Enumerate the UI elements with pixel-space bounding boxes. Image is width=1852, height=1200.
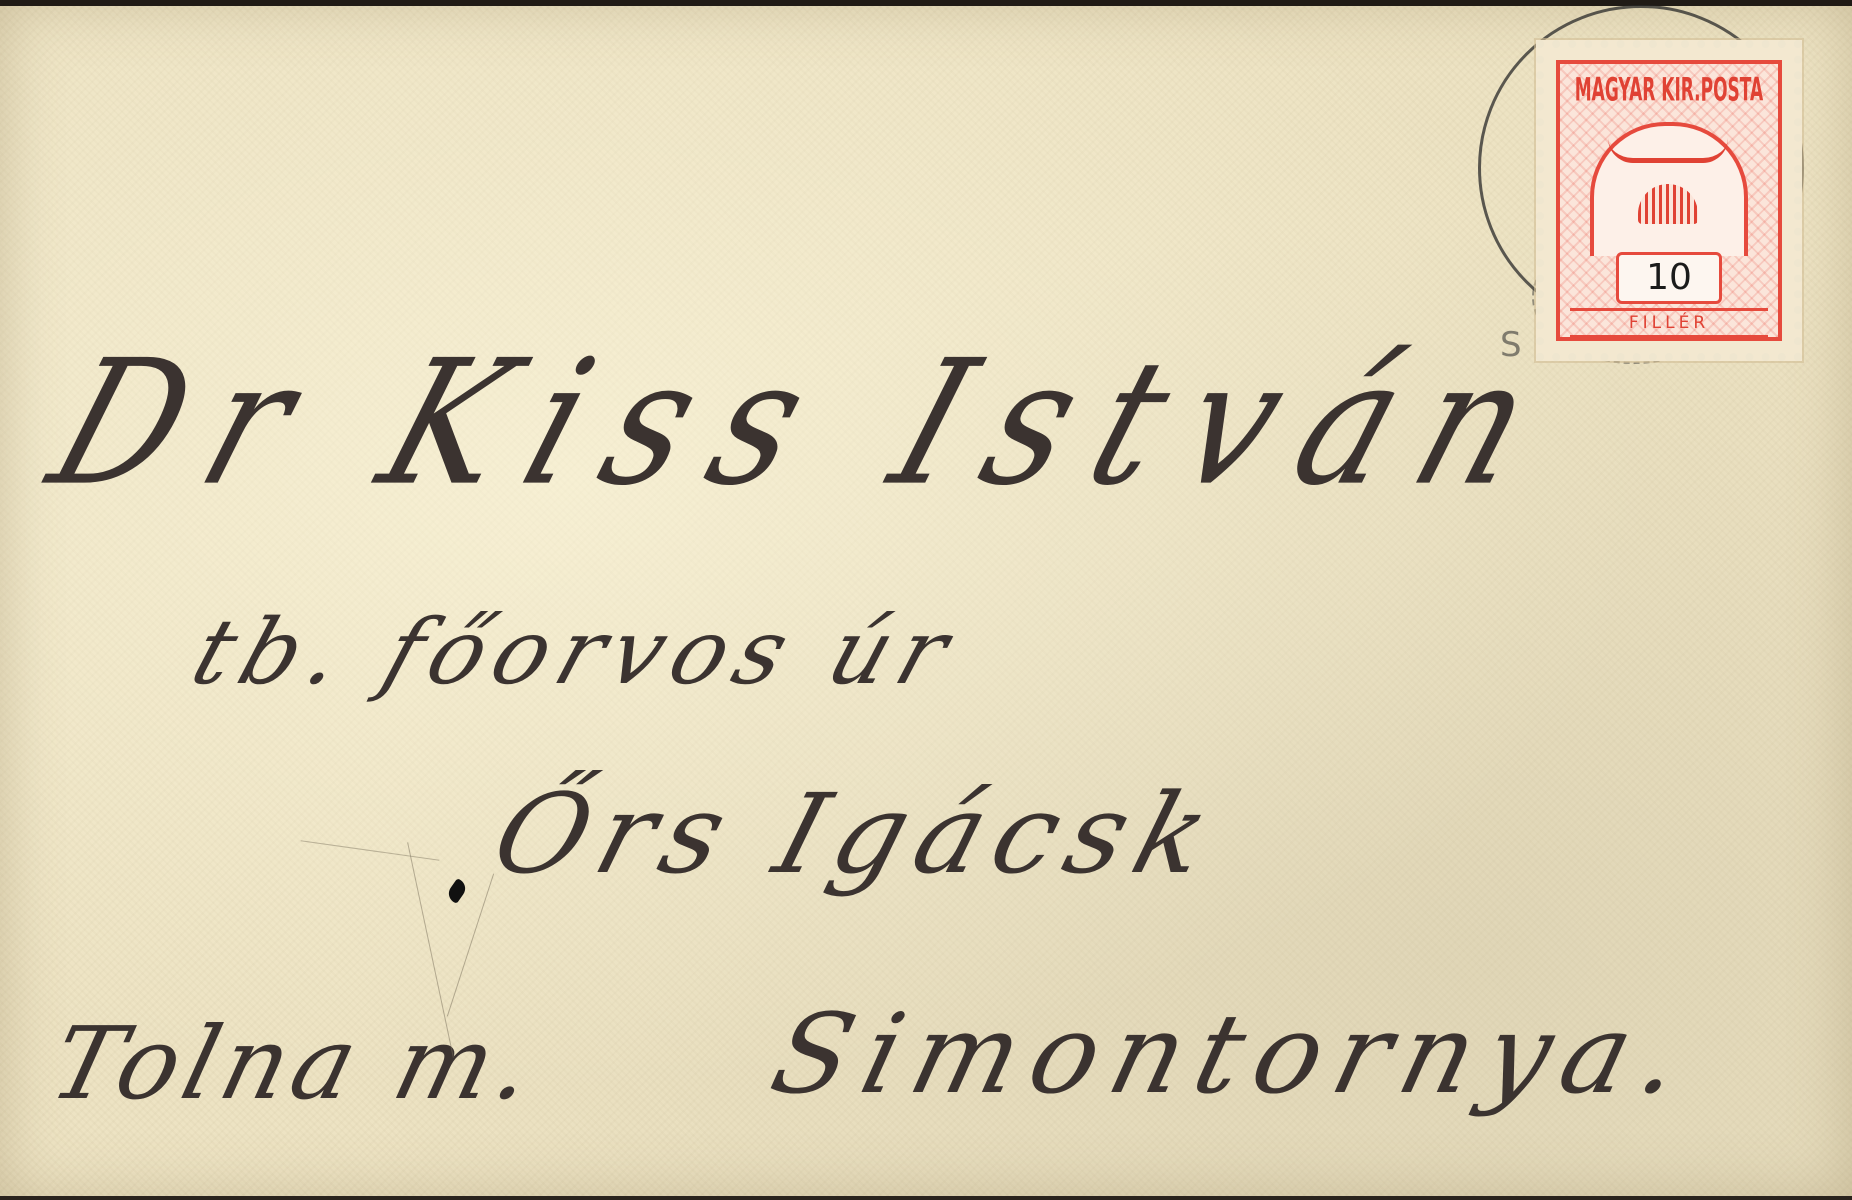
turul-bird-icon — [1608, 138, 1728, 163]
paper-tear — [445, 878, 469, 904]
address-recipient-name: Dr Kiss István — [30, 324, 1584, 524]
address-town: Simontornya. — [760, 990, 1708, 1118]
stamp-value: 10 — [1646, 257, 1692, 298]
stamp-currency: FILLÉR — [1570, 308, 1768, 338]
stamp-issuer-text: MAGYAR KIR.POSTA — [1560, 72, 1778, 110]
stamp-frame: MAGYAR KIR.POSTA 10 FILLÉR — [1556, 60, 1782, 341]
paper-crease — [301, 840, 440, 860]
address-locality: Őrs Igácsk — [480, 770, 1235, 898]
envelope-top-edge — [0, 0, 1852, 6]
stamp-value-box: 10 — [1616, 252, 1722, 304]
envelope-bottom-edge — [0, 1196, 1852, 1200]
postage-stamp: MAGYAR KIR.POSTA 10 FILLÉR — [1536, 40, 1802, 361]
address-county: Tolna m. — [40, 1005, 551, 1122]
envelope: S A MAGYAR KIR.POSTA 10 FILLÉR Dr Kiss I… — [0, 0, 1852, 1200]
address-recipient-title: tb. főorvos úr — [180, 600, 971, 705]
